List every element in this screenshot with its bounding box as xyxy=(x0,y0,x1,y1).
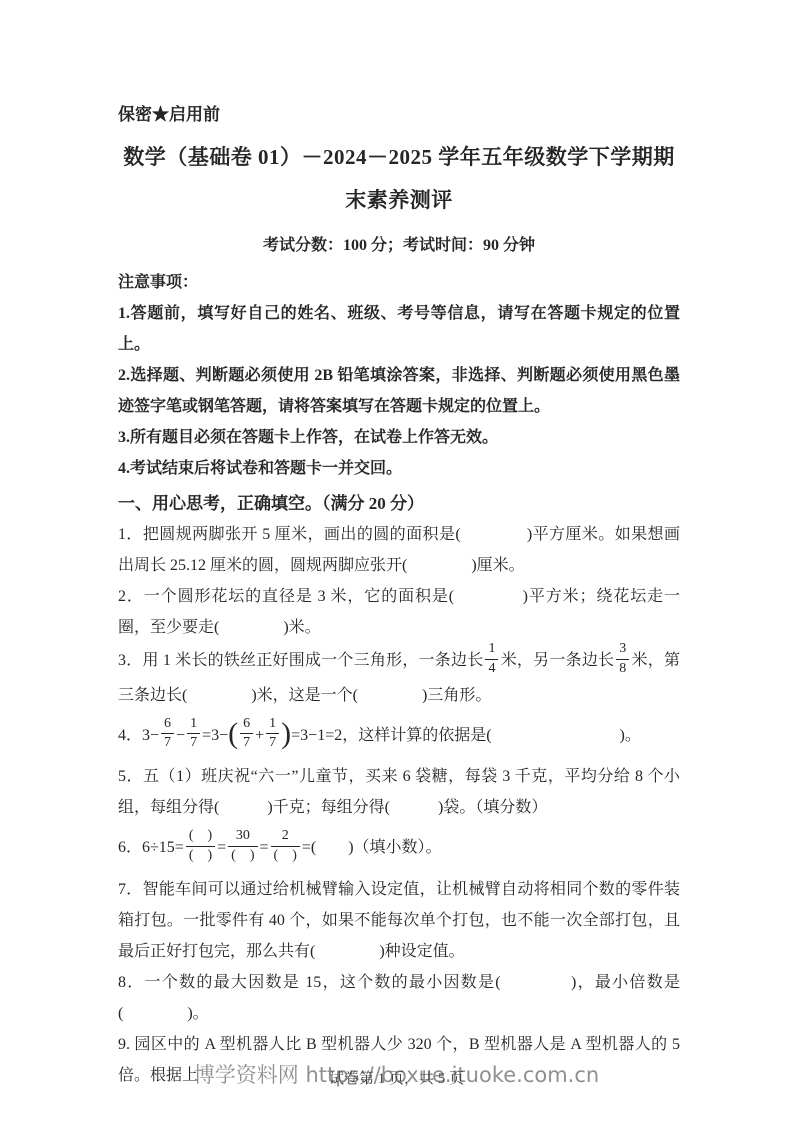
exam-title-line2: 末素养测评 xyxy=(118,179,680,222)
exam-title: 数学（基础卷 01）－2024－2025 学年五年级数学下学期期 末素养测评 xyxy=(118,136,680,222)
notices-heading: 注意事项： xyxy=(118,267,680,298)
fraction-3-8: 38 xyxy=(616,641,629,678)
question-6-text: 6．6÷15= xyxy=(118,839,184,856)
fraction-2-blank: 2( ) xyxy=(271,828,300,865)
question-3-text: 3．用 1 米长的铁丝正好围成一个三角形，一条边长 xyxy=(118,652,483,669)
right-parenthesis: ) xyxy=(281,717,291,750)
fraction-1-4: 14 xyxy=(485,641,498,678)
question-4-text: =3− xyxy=(202,727,228,744)
notice-item-2: 2.选择题、判断题必须使用 2B 铅笔填涂答案，非选择、判断题必须使用黑色墨迹签… xyxy=(118,360,680,422)
fraction-6-7: 67 xyxy=(161,716,174,753)
fraction-1-7: 17 xyxy=(187,716,200,753)
notice-item-3: 3.所有题目必须在答题卡上作答，在试卷上作答无效。 xyxy=(118,422,680,453)
notice-item-4: 4.考试结束后将试卷和答题卡一并交回。 xyxy=(118,453,680,484)
question-7: 7．智能车间可以通过给机械臂输入设定值，让机械臂自动将相同个数的零件装箱打包。一… xyxy=(118,874,680,967)
question-6-text: = xyxy=(217,839,226,856)
question-6-text: =( )（填小数）。 xyxy=(302,839,442,856)
question-5: 5．五（1）班庆祝“六一”儿童节，买来 6 袋糖，每袋 3 千克，平均分给 8 … xyxy=(118,761,680,823)
question-4-text: + xyxy=(255,727,264,744)
fraction-30-blank: 30( ) xyxy=(228,828,257,865)
question-4: 4．3−67−17=3−(67+17)=3−1=2，这样计算的依据是( )。 xyxy=(118,718,680,755)
question-4-text: − xyxy=(176,727,185,744)
question-8: 8．一个数的最大因数是 15，这个数的最小因数是( )，最小倍数是( )。 xyxy=(118,967,680,1029)
exam-title-line1: 数学（基础卷 01）－2024－2025 学年五年级数学下学期期 xyxy=(118,136,680,179)
question-1: 1．把圆规两脚张开 5 厘米，画出的圆的面积是( )平方厘米。如果想画出周长 2… xyxy=(118,519,680,581)
fraction-1-7: 17 xyxy=(266,716,279,753)
exam-page: 保密★启用前 数学（基础卷 01）－2024－2025 学年五年级数学下学期期 … xyxy=(118,102,680,1091)
fraction-blank-blank: ( )( ) xyxy=(186,828,215,865)
question-3: 3．用 1 米长的铁丝正好围成一个三角形，一条边长14米，另一条边长38米，第三… xyxy=(118,643,680,711)
security-label: 保密★启用前 xyxy=(118,102,680,128)
section-1-heading: 一、用心思考，正确填空。（满分 20 分） xyxy=(118,488,680,519)
left-parenthesis: ( xyxy=(228,717,238,750)
notice-item-1: 1.答题前，填写好自己的姓名、班级、考号等信息，请写在答题卡规定的位置上。 xyxy=(118,298,680,360)
question-2: 2．一个圆形花坛的直径是 3 米，它的面积是( )平方米；绕花坛走一圈，至少要走… xyxy=(118,581,680,643)
question-4-text: =3−1=2，这样计算的依据是( )。 xyxy=(291,727,641,744)
exam-score-time-info: 考试分数：100 分；考试时间：90 分钟 xyxy=(118,231,680,261)
page-number-info: 试卷第 1 页，共 5 页 xyxy=(0,1067,793,1088)
question-3-text: 米，另一条边长 xyxy=(500,652,614,669)
question-6: 6．6÷15=( )( )=30( )=2( )=( )（填小数）。 xyxy=(118,830,680,867)
fraction-6-7: 67 xyxy=(240,716,253,753)
question-6-text: = xyxy=(260,839,269,856)
question-4-text: 4．3− xyxy=(118,727,159,744)
